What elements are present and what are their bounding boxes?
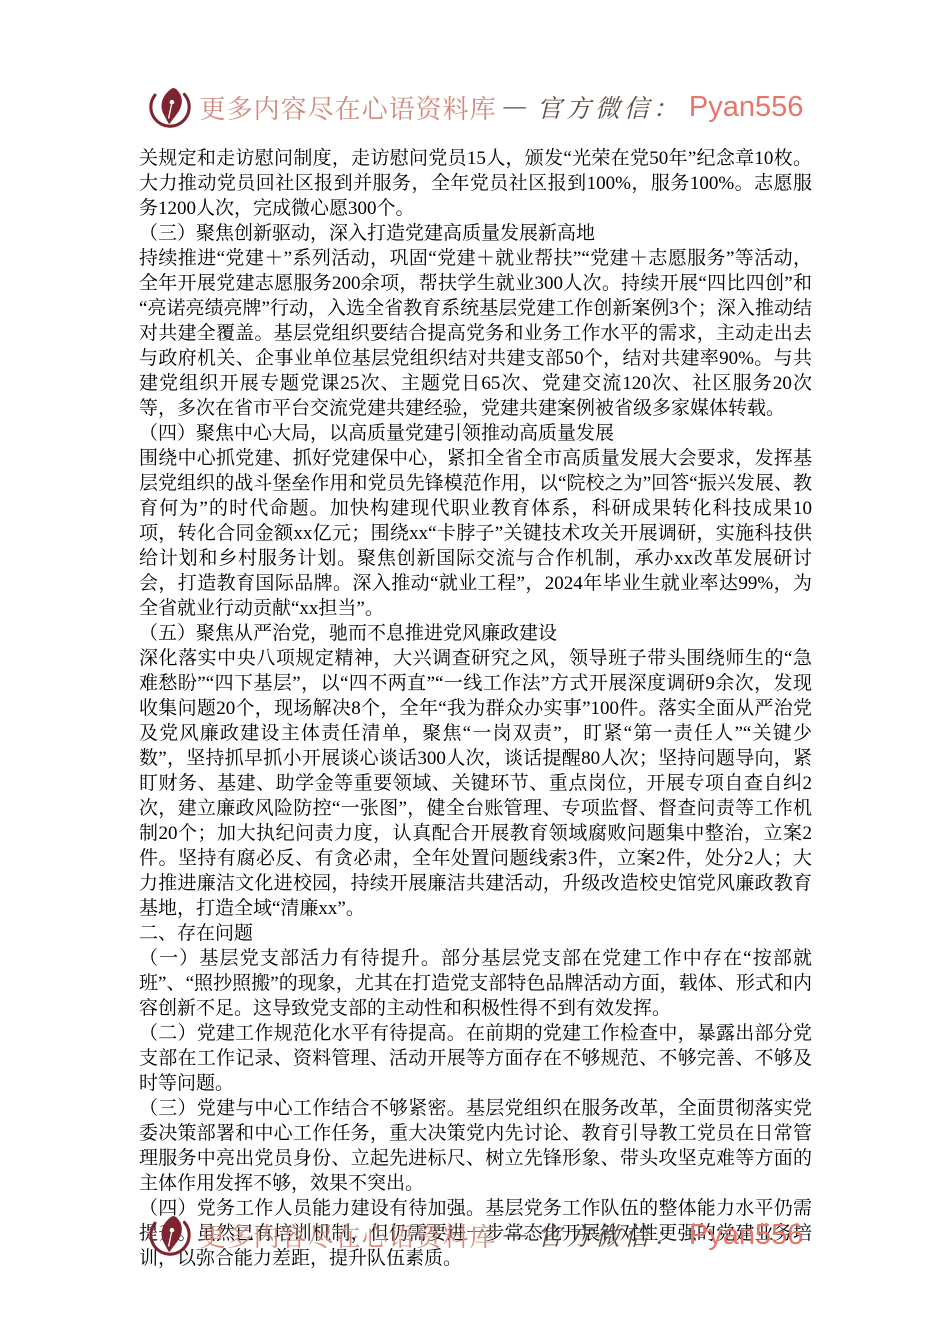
watermark-separator: — [504, 93, 530, 121]
watermark-brand-text: 更多内容尽在心语资料库 [200, 1217, 497, 1254]
watermark-channel-label: 官方微信： [537, 1217, 682, 1253]
section-heading-5: （五）聚焦从严治党，驰而不息推进党风廉政建设 [139, 621, 812, 646]
document-body: 关规定和走访慰问制度，走访慰问党员15人，颁发“光荣在党50年”纪念章10枚。大… [139, 146, 812, 1271]
header-watermark: 更多内容尽在心语资料库—官方微信：Pyan556 [0, 78, 950, 136]
pen-nib-seal-icon [147, 82, 193, 132]
section-heading-4: （四）聚焦中心大局，以高质量党建引领推动高质量发展 [139, 421, 812, 446]
footer-watermark: 更多内容尽在心语资料库—官方微信：Pyan556 [0, 1206, 950, 1264]
document-page: 更多内容尽在心语资料库—官方微信：Pyan556 关规定和走访慰问制度，走访慰问… [0, 0, 950, 1344]
watermark-separator: — [504, 1221, 530, 1249]
pen-nib-seal-icon [147, 1210, 193, 1260]
body-paragraph: 深化落实中央八项规定精神，大兴调查研究之风，领导班子带头围绕师生的“急难愁盼”“… [139, 646, 812, 921]
watermark-wechat-id: Pyan556 [689, 1219, 804, 1252]
problem-paragraph-2: （二）党建工作规范化水平有待提高。在前期的党建工作检查中，暴露出部分党支部在工作… [139, 1021, 812, 1096]
watermark-brand-text: 更多内容尽在心语资料库 [200, 89, 497, 126]
watermark-channel-label: 官方微信： [537, 89, 682, 125]
body-paragraph: 围绕中心抓党建、抓好党建保中心，紧扣全省全市高质量发展大会要求，发挥基层党组织的… [139, 446, 812, 621]
problem-paragraph-3: （三）党建与中心工作结合不够紧密。基层党组织在服务改革，全面贯彻落实党委决策部署… [139, 1096, 812, 1196]
watermark-wechat-id: Pyan556 [689, 91, 804, 124]
body-paragraph: 关规定和走访慰问制度，走访慰问党员15人，颁发“光荣在党50年”纪念章10枚。大… [139, 146, 812, 221]
body-paragraph: 持续推进“党建＋”系列活动，巩固“党建＋就业帮扶”“党建＋志愿服务”等活动，全年… [139, 246, 812, 421]
section-heading-3: （三）聚焦创新驱动，深入打造党建高质量发展新高地 [139, 221, 812, 246]
section-heading-problems: 二、存在问题 [139, 921, 812, 946]
problem-paragraph-1: （一）基层党支部活力有待提升。部分基层党支部在党建工作中存在“按部就班”、“照抄… [139, 946, 812, 1021]
